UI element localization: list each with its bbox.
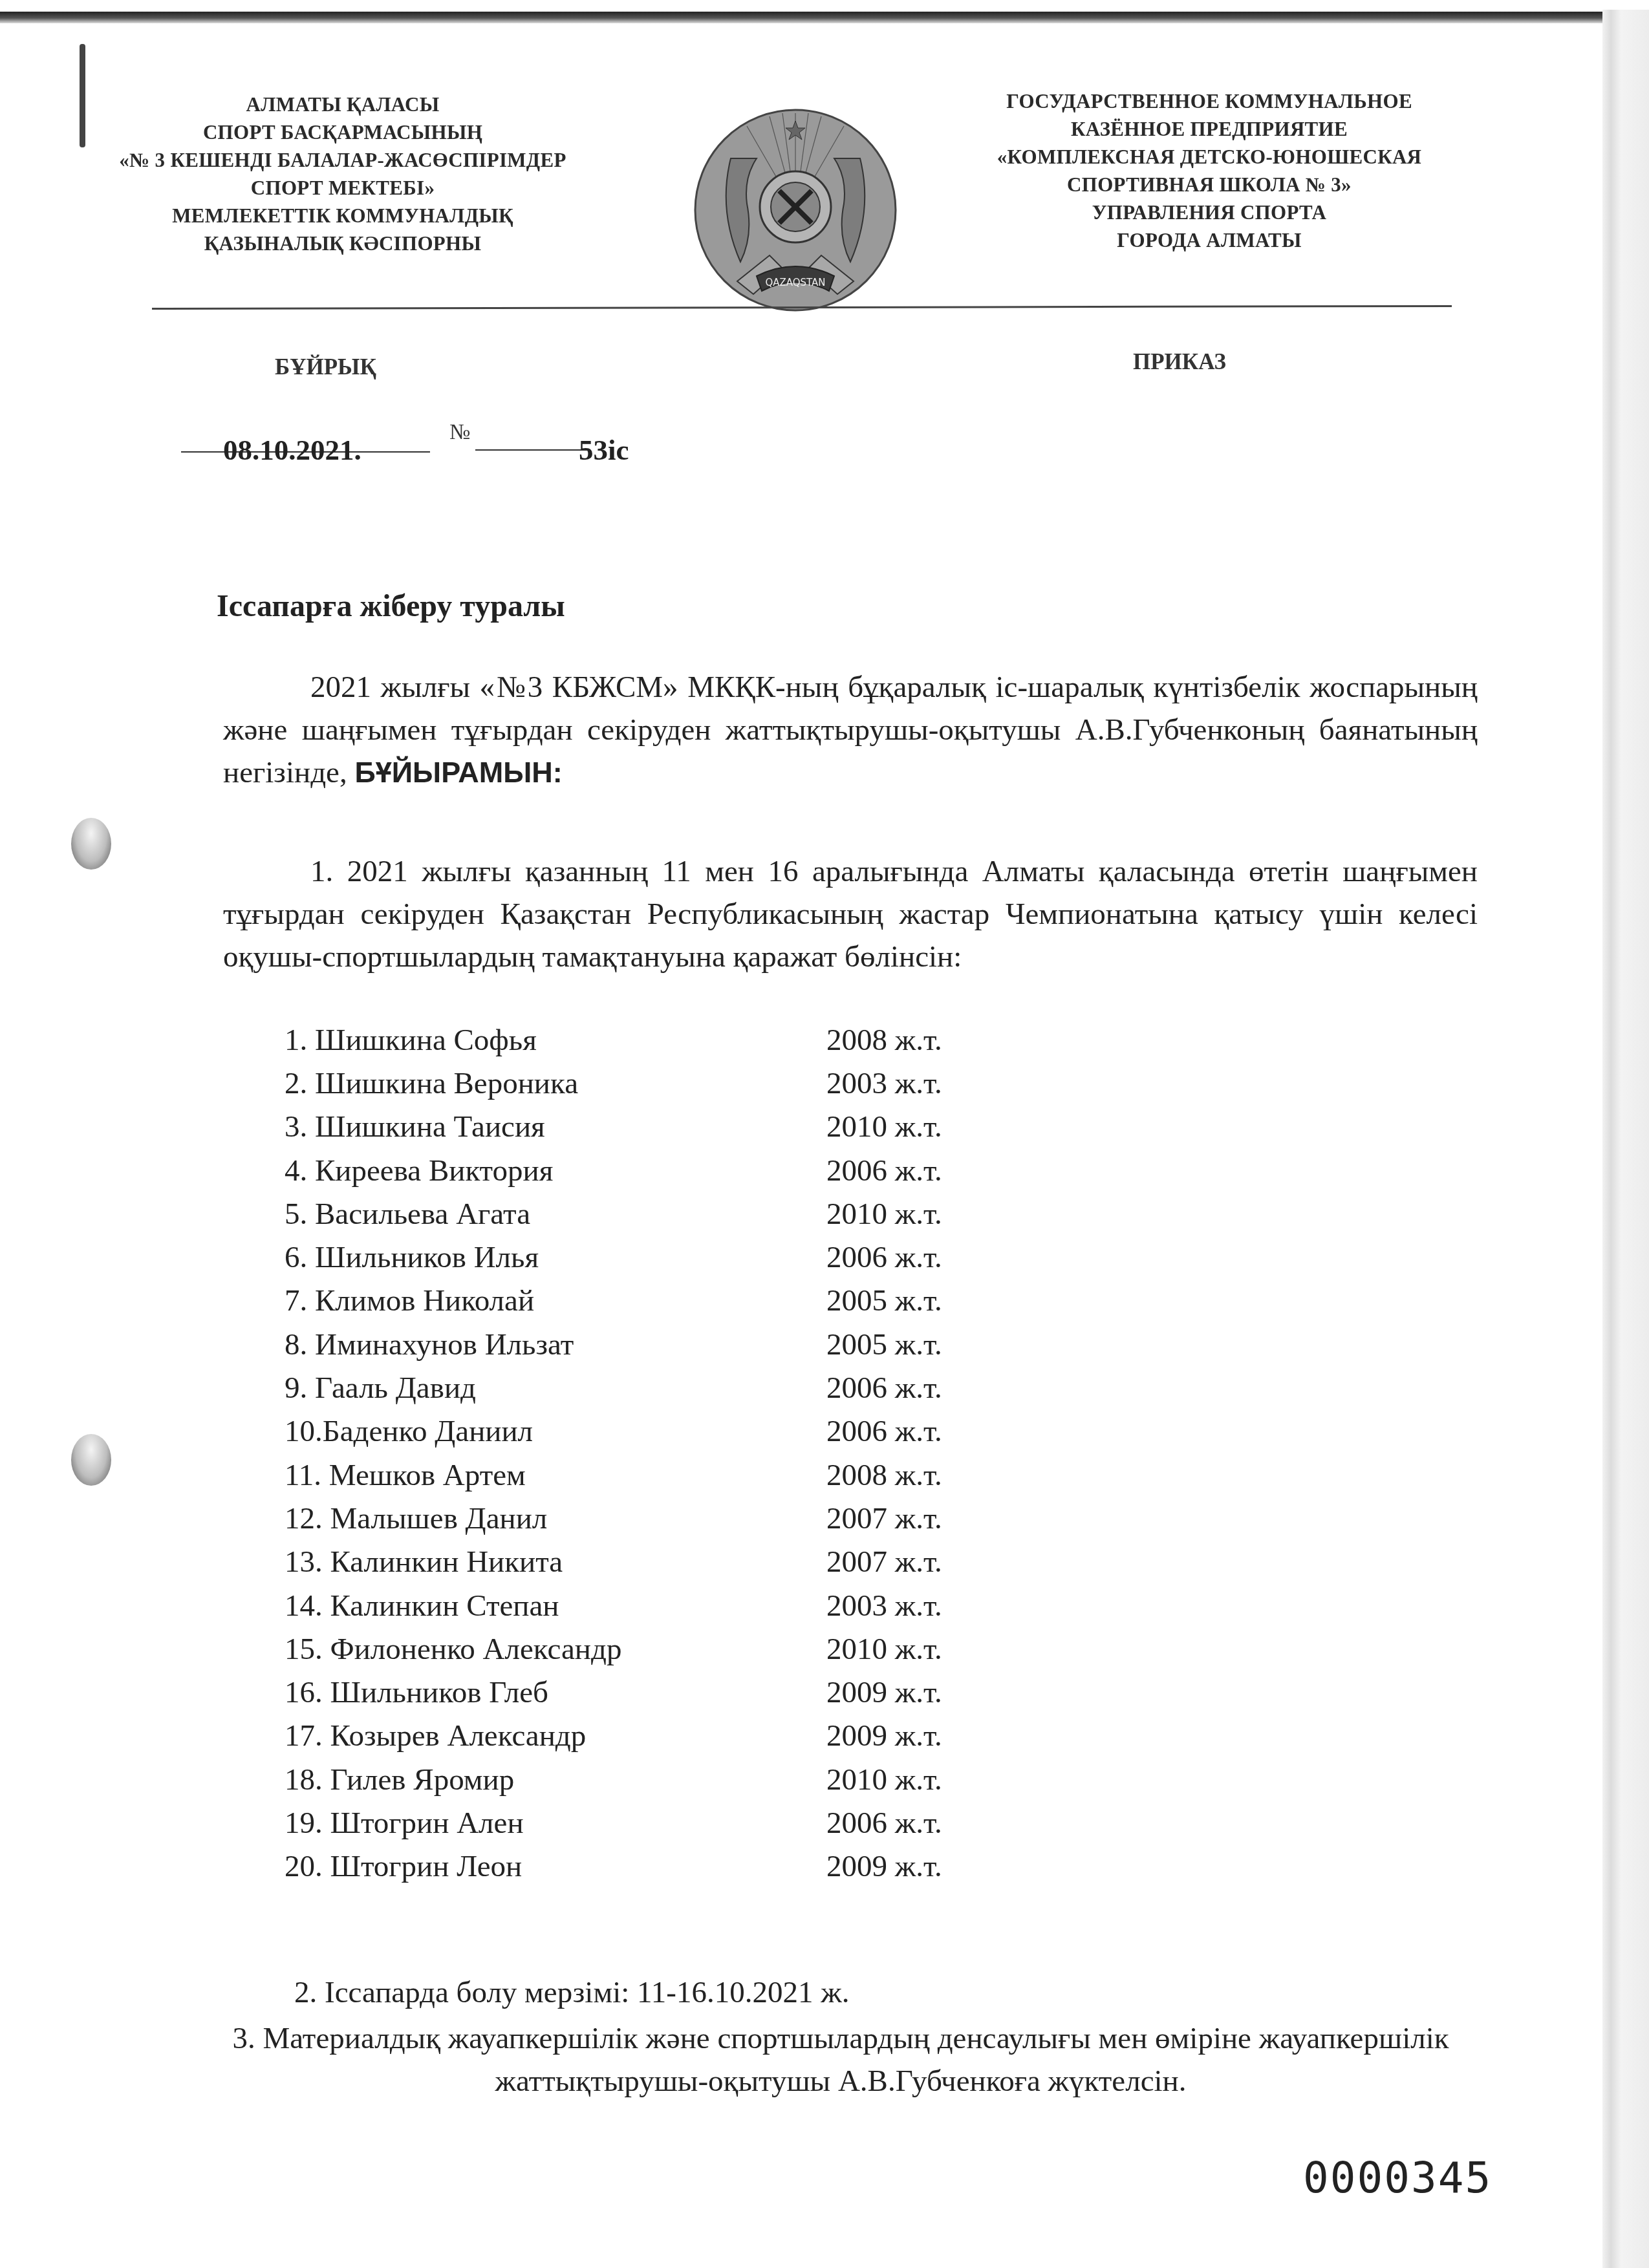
student-birth-year: 2006 ж.т. xyxy=(826,1153,1020,1188)
student-row: 4. Киреева Виктория2006 ж.т. xyxy=(285,1149,1061,1192)
student-name: 16. Шильников Глеб xyxy=(285,1675,826,1710)
header-line: ҚАЗЫНАЛЫҚ КӘСІПОРНЫ xyxy=(61,230,624,257)
student-row: 1. Шишкина Софья2008 ж.т. xyxy=(285,1018,1061,1062)
student-birth-year: 2007 ж.т. xyxy=(826,1545,1020,1579)
student-row: 19. Штогрин Ален2006 ж.т. xyxy=(285,1801,1061,1845)
header-kazakh-org-name: АЛМАТЫ ҚАЛАСЫ СПОРТ БАСҚАРМАСЫНЫҢ «№ 3 К… xyxy=(61,91,624,257)
header-line: МЕМЛЕКЕТТІК КОММУНАЛДЫҚ xyxy=(61,202,624,230)
student-birth-year: 2005 ж.т. xyxy=(826,1327,1020,1362)
punch-hole xyxy=(71,818,111,870)
header-russian-org-name: ГОСУДАРСТВЕННОЕ КОММУНАЛЬНОЕ КАЗЁННОЕ ПР… xyxy=(905,87,1513,254)
student-name: 19. Штогрин Ален xyxy=(285,1806,826,1841)
item-2-paragraph: 2. Іссапарда болу мерзімі: 11-16.10.2021… xyxy=(294,1975,849,2010)
student-birth-year: 2006 ж.т. xyxy=(826,1371,1020,1406)
student-row: 7. Климов Николай2005 ж.т. xyxy=(285,1279,1061,1323)
student-name: 13. Калинкин Никита xyxy=(285,1545,826,1579)
student-row: 18. Гилев Яромир2010 ж.т. xyxy=(285,1758,1061,1801)
student-name: 4. Киреева Виктория xyxy=(285,1153,826,1188)
student-name: 5. Васильева Агата xyxy=(285,1197,826,1232)
student-name: 11. Мешков Артем xyxy=(285,1458,826,1493)
scan-top-edge xyxy=(0,12,1604,23)
student-birth-year: 2008 ж.т. xyxy=(826,1458,1020,1493)
header-line: СПОРТИВНАЯ ШКОЛА № 3» xyxy=(905,171,1513,198)
order-subject: Іссапарға жіберу туралы xyxy=(217,588,565,624)
header-line: УПРАВЛЕНИЯ СПОРТА xyxy=(905,198,1513,226)
student-row: 8. Иминахунов Ильзат2005 ж.т. xyxy=(285,1323,1061,1366)
preamble-paragraph: 2021 жылғы «№3 КБЖСМ» МКҚК-ның бұқаралық… xyxy=(223,666,1478,794)
student-birth-year: 2010 ж.т. xyxy=(826,1632,1020,1667)
student-birth-year: 2009 ж.т. xyxy=(826,1718,1020,1753)
student-birth-year: 2010 ж.т. xyxy=(826,1109,1020,1144)
student-birth-year: 2007 ж.т. xyxy=(826,1501,1020,1536)
header-line: ГОРОДА АЛМАТЫ xyxy=(905,226,1513,254)
student-name: 12. Малышев Данил xyxy=(285,1501,826,1536)
student-name: 9. Гааль Давид xyxy=(285,1371,826,1406)
student-row: 5. Васильева Агата2010 ж.т. xyxy=(285,1192,1061,1236)
student-birth-year: 2010 ж.т. xyxy=(826,1762,1020,1797)
student-name: 20. Штогрин Леон xyxy=(285,1849,826,1884)
order-number: 53іс xyxy=(579,433,629,467)
student-birth-year: 2006 ж.т. xyxy=(826,1414,1020,1449)
student-birth-year: 2009 ж.т. xyxy=(826,1849,1020,1884)
student-row: 17. Козырев Александр2009 ж.т. xyxy=(285,1715,1061,1758)
student-birth-year: 2010 ж.т. xyxy=(826,1197,1020,1232)
header-line: ГОСУДАРСТВЕННОЕ КОММУНАЛЬНОЕ xyxy=(905,87,1513,115)
order-date-number: 08.10.2021. № 53іс xyxy=(181,420,718,478)
student-name: 7. Климов Николай xyxy=(285,1283,826,1318)
header-line: «№ 3 КЕШЕНДІ БАЛАЛАР-ЖАСӨСПІРІМДЕР xyxy=(61,146,624,174)
scan-right-edge xyxy=(1602,10,1649,2268)
student-row: 11. Мешков Артем2008 ж.т. xyxy=(285,1453,1061,1497)
student-row: 13. Калинкин Никита2007 ж.т. xyxy=(285,1541,1061,1584)
item-1-paragraph: 1. 2021 жылғы қазанның 11 мен 16 аралығы… xyxy=(223,850,1478,978)
number-sign: № xyxy=(449,420,470,445)
header-line: КАЗЁННОЕ ПРЕДПРИЯТИЕ xyxy=(905,115,1513,143)
student-name: 17. Козырев Александр xyxy=(285,1718,826,1753)
student-name: 3. Шишкина Таисия xyxy=(285,1109,826,1144)
student-row: 20. Штогрин Леон2009 ж.т. xyxy=(285,1845,1061,1888)
student-name: 15. Филоненко Александр xyxy=(285,1632,826,1667)
student-name: 6. Шильников Илья xyxy=(285,1240,826,1275)
student-birth-year: 2008 ж.т. xyxy=(826,1023,1020,1058)
student-name: 18. Гилев Яромир xyxy=(285,1762,826,1797)
student-birth-year: 2005 ж.т. xyxy=(826,1283,1020,1318)
student-row: 3. Шишкина Таисия2010 ж.т. xyxy=(285,1106,1061,1149)
student-name: 10.Баденко Даниил xyxy=(285,1414,826,1449)
student-name: 1. Шишкина Софья xyxy=(285,1023,826,1058)
student-row: 10.Баденко Даниил2006 ж.т. xyxy=(285,1410,1061,1453)
doc-type-kazakh: БҰЙРЫҚ xyxy=(275,354,376,380)
student-name: 14. Калинкин Степан xyxy=(285,1589,826,1623)
item-3-paragraph: 3. Материалдық жауапкершілік және спортш… xyxy=(207,2017,1474,2102)
student-row: 14. Калинкин Степан2003 ж.т. xyxy=(285,1584,1061,1627)
student-row: 16. Шильников Глеб2009 ж.т. xyxy=(285,1671,1061,1714)
serial-number: 0000345 xyxy=(1303,2153,1492,2203)
student-list: 1. Шишкина Софья2008 ж.т.2. Шишкина Веро… xyxy=(285,1018,1061,1888)
student-row: 6. Шильников Илья2006 ж.т. xyxy=(285,1236,1061,1279)
student-birth-year: 2006 ж.т. xyxy=(826,1240,1020,1275)
student-birth-year: 2003 ж.т. xyxy=(826,1589,1020,1623)
number-underline xyxy=(475,449,588,451)
header-line: СПОРТ МЕКТЕБІ» xyxy=(61,174,624,202)
student-row: 12. Малышев Данил2007 ж.т. xyxy=(285,1497,1061,1540)
order-date: 08.10.2021. xyxy=(223,433,361,467)
doc-type-russian: ПРИКАЗ xyxy=(1133,349,1226,375)
student-birth-year: 2003 ж.т. xyxy=(826,1066,1020,1101)
punch-hole xyxy=(71,1434,111,1486)
header-line: «КОМПЛЕКСНАЯ ДЕТСКО-ЮНОШЕСКАЯ xyxy=(905,143,1513,171)
decree-word: БҰЙЫРАМЫН: xyxy=(354,756,562,789)
student-row: 2. Шишкина Вероника2003 ж.т. xyxy=(285,1062,1061,1105)
kazakhstan-state-emblem-icon: QAZAQSTAN xyxy=(692,107,899,314)
student-row: 9. Гааль Давид2006 ж.т. xyxy=(285,1366,1061,1409)
header-line: АЛМАТЫ ҚАЛАСЫ xyxy=(61,91,624,118)
svg-text:QAZAQSTAN: QAZAQSTAN xyxy=(765,277,825,288)
student-birth-year: 2009 ж.т. xyxy=(826,1675,1020,1710)
student-row: 15. Филоненко Александр2010 ж.т. xyxy=(285,1627,1061,1671)
student-name: 2. Шишкина Вероника xyxy=(285,1066,826,1101)
header-line: СПОРТ БАСҚАРМАСЫНЫҢ xyxy=(61,118,624,146)
student-birth-year: 2006 ж.т. xyxy=(826,1806,1020,1841)
student-name: 8. Иминахунов Ильзат xyxy=(285,1327,826,1362)
